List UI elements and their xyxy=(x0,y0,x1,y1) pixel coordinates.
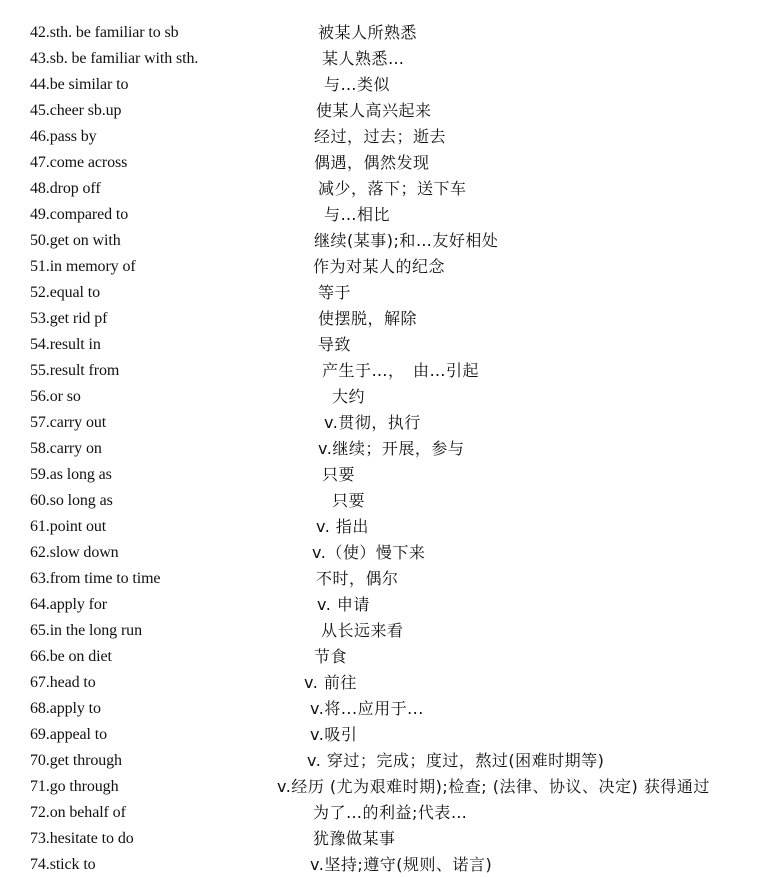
vocabulary-entry: 47.come across偶遇，偶然发现 xyxy=(0,150,767,176)
vocabulary-entry: 57.carry outv.贯彻，执行 xyxy=(0,410,767,436)
chinese-meaning: 与…相比 xyxy=(324,202,390,228)
chinese-meaning: 减少，落下；送下车 xyxy=(318,176,467,202)
english-phrase: 51.in memory of xyxy=(30,254,136,280)
vocabulary-entry: 53.get rid pf使摆脱，解除 xyxy=(0,306,767,332)
english-phrase: 72.on behalf of xyxy=(30,800,126,826)
chinese-meaning: 与…类似 xyxy=(324,72,390,98)
english-phrase: 57.carry out xyxy=(30,410,106,436)
vocabulary-entry: 71.go throughv.经历 (尤为艰难时期);检查; (法律、协议、决定… xyxy=(0,774,767,800)
english-phrase: 44.be similar to xyxy=(30,72,128,98)
vocabulary-entry: 51.in memory of作为对某人的纪念 xyxy=(0,254,767,280)
vocabulary-entry: 73.hesitate to do犹豫做某事 xyxy=(0,826,767,852)
vocabulary-entry: 50.get on with继续(某事);和…友好相处 xyxy=(0,228,767,254)
chinese-meaning: 某人熟悉… xyxy=(322,46,405,72)
english-phrase: 73.hesitate to do xyxy=(30,826,134,852)
vocabulary-entry: 45.cheer sb.up使某人高兴起来 xyxy=(0,98,767,124)
english-phrase: 63.from time to time xyxy=(30,566,160,592)
english-phrase: 62.slow down xyxy=(30,540,119,566)
vocabulary-entry: 55.result from产生于…， 由…引起 xyxy=(0,358,767,384)
chinese-meaning: 导致 xyxy=(318,332,351,358)
english-phrase: 74.stick to xyxy=(30,852,96,877)
english-phrase: 54.result in xyxy=(30,332,101,358)
chinese-meaning: 产生于…， 由…引起 xyxy=(322,358,479,384)
vocabulary-entry: 49.compared to与…相比 xyxy=(0,202,767,228)
chinese-meaning: 犹豫做某事 xyxy=(313,826,396,852)
chinese-meaning: v. 穿过；完成；度过，熬过(困难时期等) xyxy=(307,748,604,774)
vocabulary-entry: 65.in the long run从长远来看 xyxy=(0,618,767,644)
chinese-meaning: v.继续；开展，参与 xyxy=(318,436,464,462)
chinese-meaning: 使摆脱，解除 xyxy=(318,306,417,332)
vocabulary-entry: 56.or so大约 xyxy=(0,384,767,410)
vocabulary-entry: 58.carry onv.继续；开展，参与 xyxy=(0,436,767,462)
chinese-meaning: v.将...应用于... xyxy=(310,696,424,722)
english-phrase: 71.go through xyxy=(30,774,118,800)
vocabulary-entry: 68.apply tov.将...应用于... xyxy=(0,696,767,722)
vocabulary-entry: 69.appeal tov.吸引 xyxy=(0,722,767,748)
chinese-meaning: 被某人所熟悉 xyxy=(318,20,417,46)
english-phrase: 48.drop off xyxy=(30,176,101,202)
vocabulary-entry: 67.head tov. 前往 xyxy=(0,670,767,696)
chinese-meaning: 从长远来看 xyxy=(321,618,404,644)
english-phrase: 66.be on diet xyxy=(30,644,112,670)
chinese-meaning: 使某人高兴起来 xyxy=(316,98,432,124)
chinese-meaning: 不时，偶尔 xyxy=(316,566,399,592)
vocabulary-entry: 70.get throughv. 穿过；完成；度过，熬过(困难时期等) xyxy=(0,748,767,774)
english-phrase: 46.pass by xyxy=(30,124,97,150)
chinese-meaning: v. 前往 xyxy=(304,670,357,696)
chinese-meaning: 大约 xyxy=(332,384,365,410)
chinese-meaning: 只要 xyxy=(332,488,365,514)
english-phrase: 45.cheer sb.up xyxy=(30,98,121,124)
chinese-meaning: v.贯彻，执行 xyxy=(324,410,421,436)
vocabulary-entry: 74.stick tov.坚持;遵守(规则、诺言) xyxy=(0,852,767,877)
vocabulary-entry: 59.as long as只要 xyxy=(0,462,767,488)
chinese-meaning: v.吸引 xyxy=(310,722,357,748)
english-phrase: 65.in the long run xyxy=(30,618,142,644)
vocabulary-page: 42.sth. be familiar to sb被某人所熟悉43.sb. be… xyxy=(0,0,767,877)
chinese-meaning: v. 指出 xyxy=(316,514,369,540)
english-phrase: 42.sth. be familiar to sb xyxy=(30,20,179,46)
english-phrase: 55.result from xyxy=(30,358,119,384)
vocabulary-entry: 48.drop off减少，落下；送下车 xyxy=(0,176,767,202)
vocabulary-entry: 46.pass by经过，过去；逝去 xyxy=(0,124,767,150)
english-phrase: 43.sb. be familiar with sth. xyxy=(30,46,198,72)
vocabulary-entry: 72.on behalf of为了…的利益;代表… xyxy=(0,800,767,826)
english-phrase: 56.or so xyxy=(30,384,81,410)
vocabulary-entry: 54.result in导致 xyxy=(0,332,767,358)
english-phrase: 70.get through xyxy=(30,748,122,774)
vocabulary-entry: 66.be on diet节食 xyxy=(0,644,767,670)
english-phrase: 60.so long as xyxy=(30,488,113,514)
english-phrase: 61.point out xyxy=(30,514,106,540)
vocabulary-entry: 42.sth. be familiar to sb被某人所熟悉 xyxy=(0,20,767,46)
vocabulary-entry: 52.equal to等于 xyxy=(0,280,767,306)
english-phrase: 69.appeal to xyxy=(30,722,107,748)
chinese-meaning: 继续(某事);和…友好相处 xyxy=(314,228,498,254)
chinese-meaning: v.坚持;遵守(规则、诺言) xyxy=(310,852,492,877)
chinese-meaning: 经过，过去；逝去 xyxy=(314,124,446,150)
vocabulary-entry: 43.sb. be familiar with sth.某人熟悉… xyxy=(0,46,767,72)
english-phrase: 64.apply for xyxy=(30,592,107,618)
english-phrase: 58.carry on xyxy=(30,436,102,462)
vocabulary-entry: 62.slow downv.（使）慢下来 xyxy=(0,540,767,566)
chinese-meaning: 偶遇，偶然发现 xyxy=(314,150,430,176)
english-phrase: 52.equal to xyxy=(30,280,100,306)
vocabulary-entry: 61.point outv. 指出 xyxy=(0,514,767,540)
vocabulary-entry: 60.so long as只要 xyxy=(0,488,767,514)
english-phrase: 59.as long as xyxy=(30,462,112,488)
english-phrase: 50.get on with xyxy=(30,228,121,254)
english-phrase: 49.compared to xyxy=(30,202,128,228)
vocabulary-entry: 44.be similar to与…类似 xyxy=(0,72,767,98)
english-phrase: 47.come across xyxy=(30,150,127,176)
english-phrase: 67.head to xyxy=(30,670,96,696)
vocabulary-entry: 64.apply forv. 申请 xyxy=(0,592,767,618)
chinese-meaning: 为了…的利益;代表… xyxy=(313,800,467,826)
vocabulary-entry: 63.from time to time不时，偶尔 xyxy=(0,566,767,592)
chinese-meaning: v. 申请 xyxy=(317,592,370,618)
chinese-meaning: 作为对某人的纪念 xyxy=(313,254,445,280)
english-phrase: 53.get rid pf xyxy=(30,306,107,332)
chinese-meaning: 等于 xyxy=(318,280,351,306)
chinese-meaning: 只要 xyxy=(322,462,355,488)
english-phrase: 68.apply to xyxy=(30,696,101,722)
chinese-meaning: v.（使）慢下来 xyxy=(312,540,425,566)
chinese-meaning: 节食 xyxy=(314,644,347,670)
chinese-meaning: v.经历 (尤为艰难时期);检查; (法律、协议、决定) 获得通过 xyxy=(277,774,710,800)
